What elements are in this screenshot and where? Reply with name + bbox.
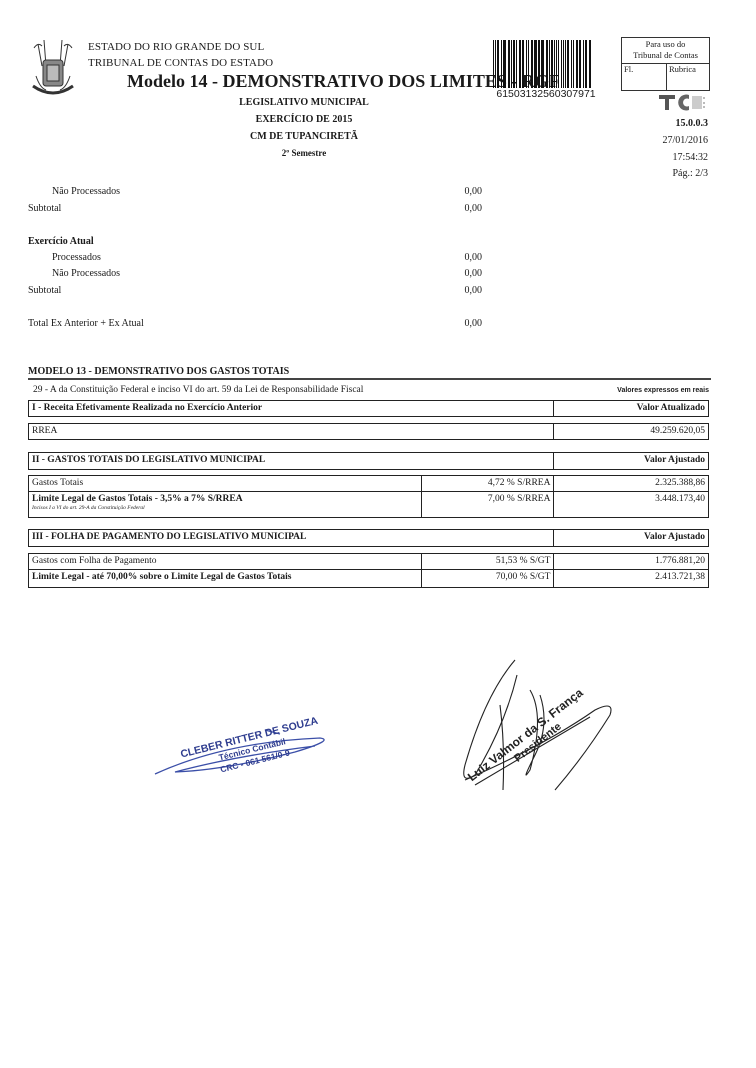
state-name: ESTADO DO RIO GRANDE DO SUL: [88, 41, 264, 53]
accountant-signature: CLEBER RITTER DE SOUZA Técnico Contábil …: [145, 712, 345, 812]
restos-label: Processados: [52, 252, 101, 263]
barcode: [493, 40, 597, 88]
model13-subtitle: 29 - A da Constituição Federal e inciso …: [33, 385, 363, 395]
restos-value: 0,00: [440, 285, 482, 296]
model13-divider: [28, 378, 711, 380]
table-row: Limite Legal de Gastos Totais - 3,5% a 7…: [28, 492, 709, 518]
limite-gastos-value: 3.448.173,40: [553, 492, 708, 517]
limite-folha-value: 2.413.721,38: [553, 570, 708, 587]
section1-col-header: Valor Atualizado: [553, 401, 708, 416]
section1-heading: I - Receita Efetivamente Realizada no Ex…: [29, 401, 553, 416]
power-label: LEGISLATIVO MUNICIPAL: [194, 97, 414, 108]
section3-header: III - FOLHA DE PAGAMENTO DO LEGISLATIVO …: [28, 529, 709, 547]
limite-folha-pct: 70,00 % S/GT: [421, 570, 554, 587]
restos-value: 0,00: [440, 186, 482, 197]
tribunal-use-box: Para uso doTribunal de Contas Fl. Rubric…: [621, 37, 710, 91]
restos-label: Não Processados: [52, 268, 120, 279]
state-coat-of-arms-icon: [28, 36, 78, 102]
folha-pct: 51,53 % S/GT: [421, 554, 554, 569]
report-time: 17:54:32: [672, 152, 708, 163]
restos-value: 0,00: [440, 203, 482, 214]
restos-total-value: 0,00: [440, 318, 482, 329]
court-name: TRIBUNAL DE CONTAS DO ESTADO: [88, 57, 273, 69]
restos-label: Não Processados: [52, 186, 120, 197]
entity-label: CM DE TUPANCIRETÃ: [194, 131, 414, 142]
table-row: RREA 49.259.620,05: [28, 423, 709, 440]
section2-col-header: Valor Ajustado: [553, 453, 708, 469]
gastos-totais-pct: 4,72 % S/RREA: [421, 476, 554, 491]
report-date: 27/01/2016: [662, 135, 708, 146]
limite-gastos-label: Limite Legal de Gastos Totais - 3,5% a 7…: [32, 494, 418, 504]
section2-heading: II - GASTOS TOTAIS DO LEGISLATIVO MUNICI…: [29, 453, 553, 469]
folha-label: Gastos com Folha de Pagamento: [29, 554, 421, 569]
restos-label: Subtotal: [28, 203, 61, 214]
folha-value: 1.776.881,20: [553, 554, 708, 569]
version-number: 15.0.0.3: [676, 118, 709, 129]
section3-heading: III - FOLHA DE PAGAMENTO DO LEGISLATIVO …: [29, 530, 553, 546]
rubrica-field: Rubrica: [667, 64, 696, 91]
section3-col-header: Valor Ajustado: [553, 530, 708, 546]
restos-group-heading: Exercício Atual: [28, 236, 94, 247]
gastos-totais-value: 2.325.388,86: [553, 476, 708, 491]
model13-title: MODELO 13 - DEMONSTRATIVO DOS GASTOS TOT…: [28, 366, 289, 377]
president-signature: Luiz Valmor da S. França Presidente: [445, 655, 620, 800]
restos-total-label: Total Ex Anterior + Ex Atual: [28, 318, 144, 329]
section2-header: II - GASTOS TOTAIS DO LEGISLATIVO MUNICI…: [28, 452, 709, 470]
table-row: Gastos Totais 4,72 % S/RREA 2.325.388,86: [28, 475, 709, 492]
restos-value: 0,00: [440, 268, 482, 279]
limite-gastos-pct: 7,00 % S/RREA: [421, 492, 554, 517]
tribunal-box-line2: Tribunal de Contas: [633, 50, 698, 60]
limite-gastos-note: Incisos I a VI do art. 29-A da Constitui…: [32, 505, 418, 511]
table-row: Gastos com Folha de Pagamento 51,53 % S/…: [28, 553, 709, 570]
values-note: Valores expressos em reais: [617, 387, 709, 394]
exercise-label: EXERCÍCIO DE 2015: [194, 114, 414, 125]
rrea-value: 49.259.620,05: [553, 424, 708, 439]
gastos-totais-label: Gastos Totais: [29, 476, 421, 491]
tribunal-box-line1: Para uso do: [646, 39, 686, 49]
table-row: Limite Legal - até 70,00% sobre o Limite…: [28, 570, 709, 588]
period-label: 2º Semestre: [194, 148, 414, 158]
rrea-label: RREA: [29, 424, 553, 439]
limite-folha-label: Limite Legal - até 70,00% sobre o Limite…: [29, 570, 421, 587]
tce-logo-icon: [659, 93, 707, 111]
fl-field: Fl.: [622, 64, 667, 91]
page-number: Pág.: 2/3: [672, 168, 708, 179]
restos-label: Subtotal: [28, 285, 61, 296]
barcode-number: 61503132560307971: [488, 88, 604, 100]
restos-value: 0,00: [440, 252, 482, 263]
section1-header: I - Receita Efetivamente Realizada no Ex…: [28, 400, 709, 417]
